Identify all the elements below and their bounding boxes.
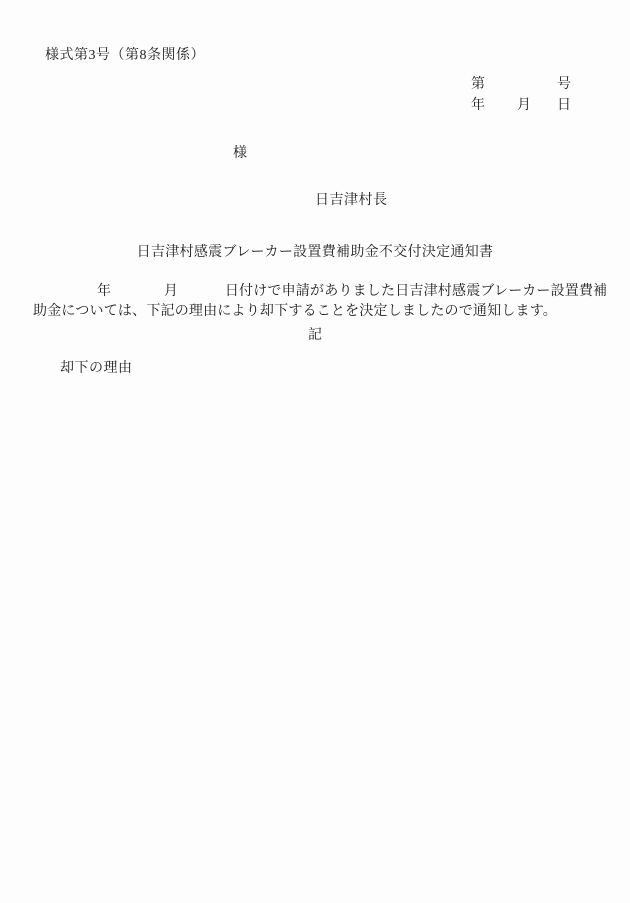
body-month-label: 月 xyxy=(164,284,178,299)
doc-number-prefix-label: 第 xyxy=(471,78,485,92)
rejection-reason-label: 却下の理由 xyxy=(60,362,133,376)
document-title: 日吉津村感震ブレーカー設置費補助金不交付決定通知書 xyxy=(0,246,630,260)
date-year-label: 年 xyxy=(471,99,485,113)
date-month-label: 月 xyxy=(517,99,531,113)
body-year-label: 年 xyxy=(97,284,111,299)
body-line-2: 助金については、下記の理由により却下することを決定しましたので通知します。 xyxy=(33,302,599,322)
body-paragraph: 年 月 日付けで申請がありました日吉津村感震ブレーカー設置費補 助金については、… xyxy=(33,282,599,322)
addressee-honorific: 様 xyxy=(233,147,247,161)
form-reference: 様式第3号（第8条関係） xyxy=(45,49,205,63)
sender-title: 日吉津村長 xyxy=(315,194,388,208)
body-line-1: 年 月 日付けで申請がありました日吉津村感震ブレーカー設置費補 xyxy=(33,282,599,302)
date-day-label: 日 xyxy=(557,99,571,113)
document-page: 様式第3号（第8条関係） 第 号 年 月 日 様 日吉津村長 日吉津村感震ブレー… xyxy=(0,0,630,903)
doc-number-suffix-label: 号 xyxy=(557,78,571,92)
body-line-1-text: 日付けで申請がありました日吉津村感震ブレーカー設置費補 xyxy=(225,284,608,299)
record-marker: 記 xyxy=(0,329,630,343)
